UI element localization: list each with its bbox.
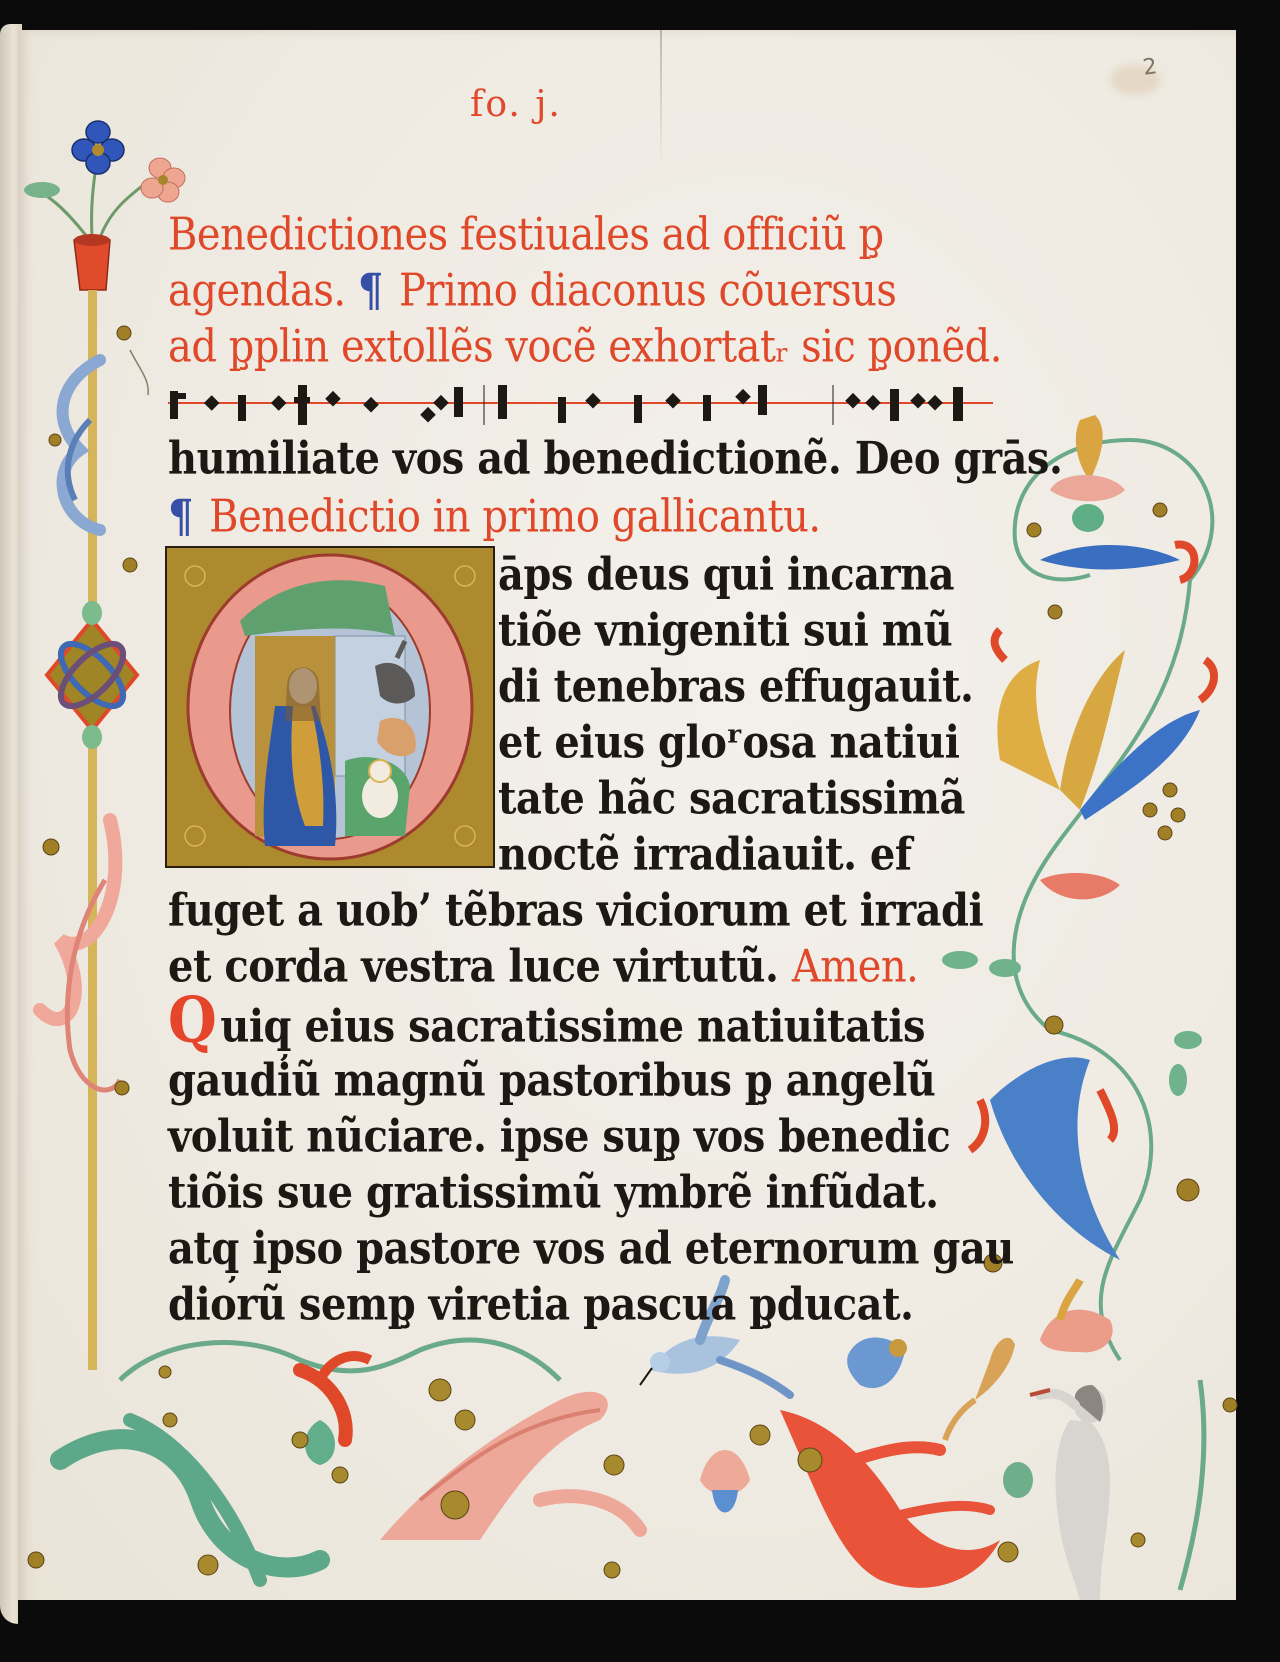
- text-line: tate hãc sacratissimã: [498, 772, 965, 826]
- amen-rubric: Amen.: [792, 941, 918, 993]
- text-line: diorũ semp̧ viretia pascua p̧ducat.: [168, 1278, 913, 1332]
- text-line: et corda vestra luce virtutũ.: [168, 940, 778, 993]
- text-line: gaudiũ magnũ pastoribus p̧ angelũ: [168, 1054, 935, 1108]
- rubric-line-3: ad p̧plin extollẽs vocẽ exhortatᵣ sic …: [168, 320, 1002, 374]
- rubric-line-2: agendas. ¶ Primo diaconus cõuersus: [168, 264, 896, 318]
- text-line: uiq̦ eius sacratissime natiuitatis: [220, 1000, 925, 1053]
- text-line: et eius gloʳosa natiui: [498, 716, 959, 770]
- gold-dots: [984, 503, 1237, 1412]
- text-line: āps deus qui incarna: [498, 548, 954, 602]
- text-line: tiõis sue gratissimũ ymbrẽ infũdat.: [168, 1166, 939, 1220]
- text-line: atq̦ ipso pastore vos ad eternorum gau: [168, 1222, 1014, 1276]
- historiated-initial-o: [165, 546, 495, 868]
- gold-bar: [88, 290, 97, 1370]
- rubric-line-1: Benedictiones festiuales ad officiũ p̧: [168, 208, 884, 262]
- text-line: voluit nũciare. ipse sup̧ vos benedic: [168, 1110, 950, 1164]
- paragraph-mark-icon: ¶: [358, 264, 383, 317]
- rubric-text: agendas.: [168, 265, 346, 317]
- text-line: fuget a uob’ tẽbras viciorum et irradi: [168, 884, 983, 938]
- folio-heading: fo. j.: [470, 84, 562, 125]
- red-initial-q: Q: [168, 998, 216, 1043]
- text-line: noctẽ irradiauit. ef: [498, 828, 912, 882]
- text-line: tiõe vnigeniti sui mũ: [498, 604, 952, 658]
- rubric-heading-text: Benedictio in primo gallicantu.: [209, 491, 820, 543]
- rubric-text: Primo diaconus cõuersus: [399, 265, 896, 317]
- music-staff: [168, 385, 993, 425]
- squirrel-icon: [945, 1338, 1015, 1440]
- text-line-with-initial: Quiq̦ eius sacratissime natiuitatis: [168, 998, 925, 1054]
- chant-text: humiliate vos ad benedictionẽ. Deo grās…: [168, 432, 1062, 486]
- text-line: di tenebras effugauit.: [498, 660, 973, 714]
- paragraph-mark-icon: ¶: [168, 490, 193, 543]
- page-shadow: [18, 1600, 1236, 1662]
- neume-icons: [170, 385, 963, 425]
- vase-flowers-icon: [24, 121, 185, 290]
- wild-man-icon: [1030, 1385, 1110, 1600]
- interlace-knot-icon: [47, 601, 137, 749]
- text-line-with-amen: et corda vestra luce virtutũ. Amen.: [168, 940, 918, 994]
- rubric-heading: ¶ Benedictio in primo gallicantu.: [168, 490, 821, 544]
- bottom-gold-dots: [159, 1366, 1145, 1625]
